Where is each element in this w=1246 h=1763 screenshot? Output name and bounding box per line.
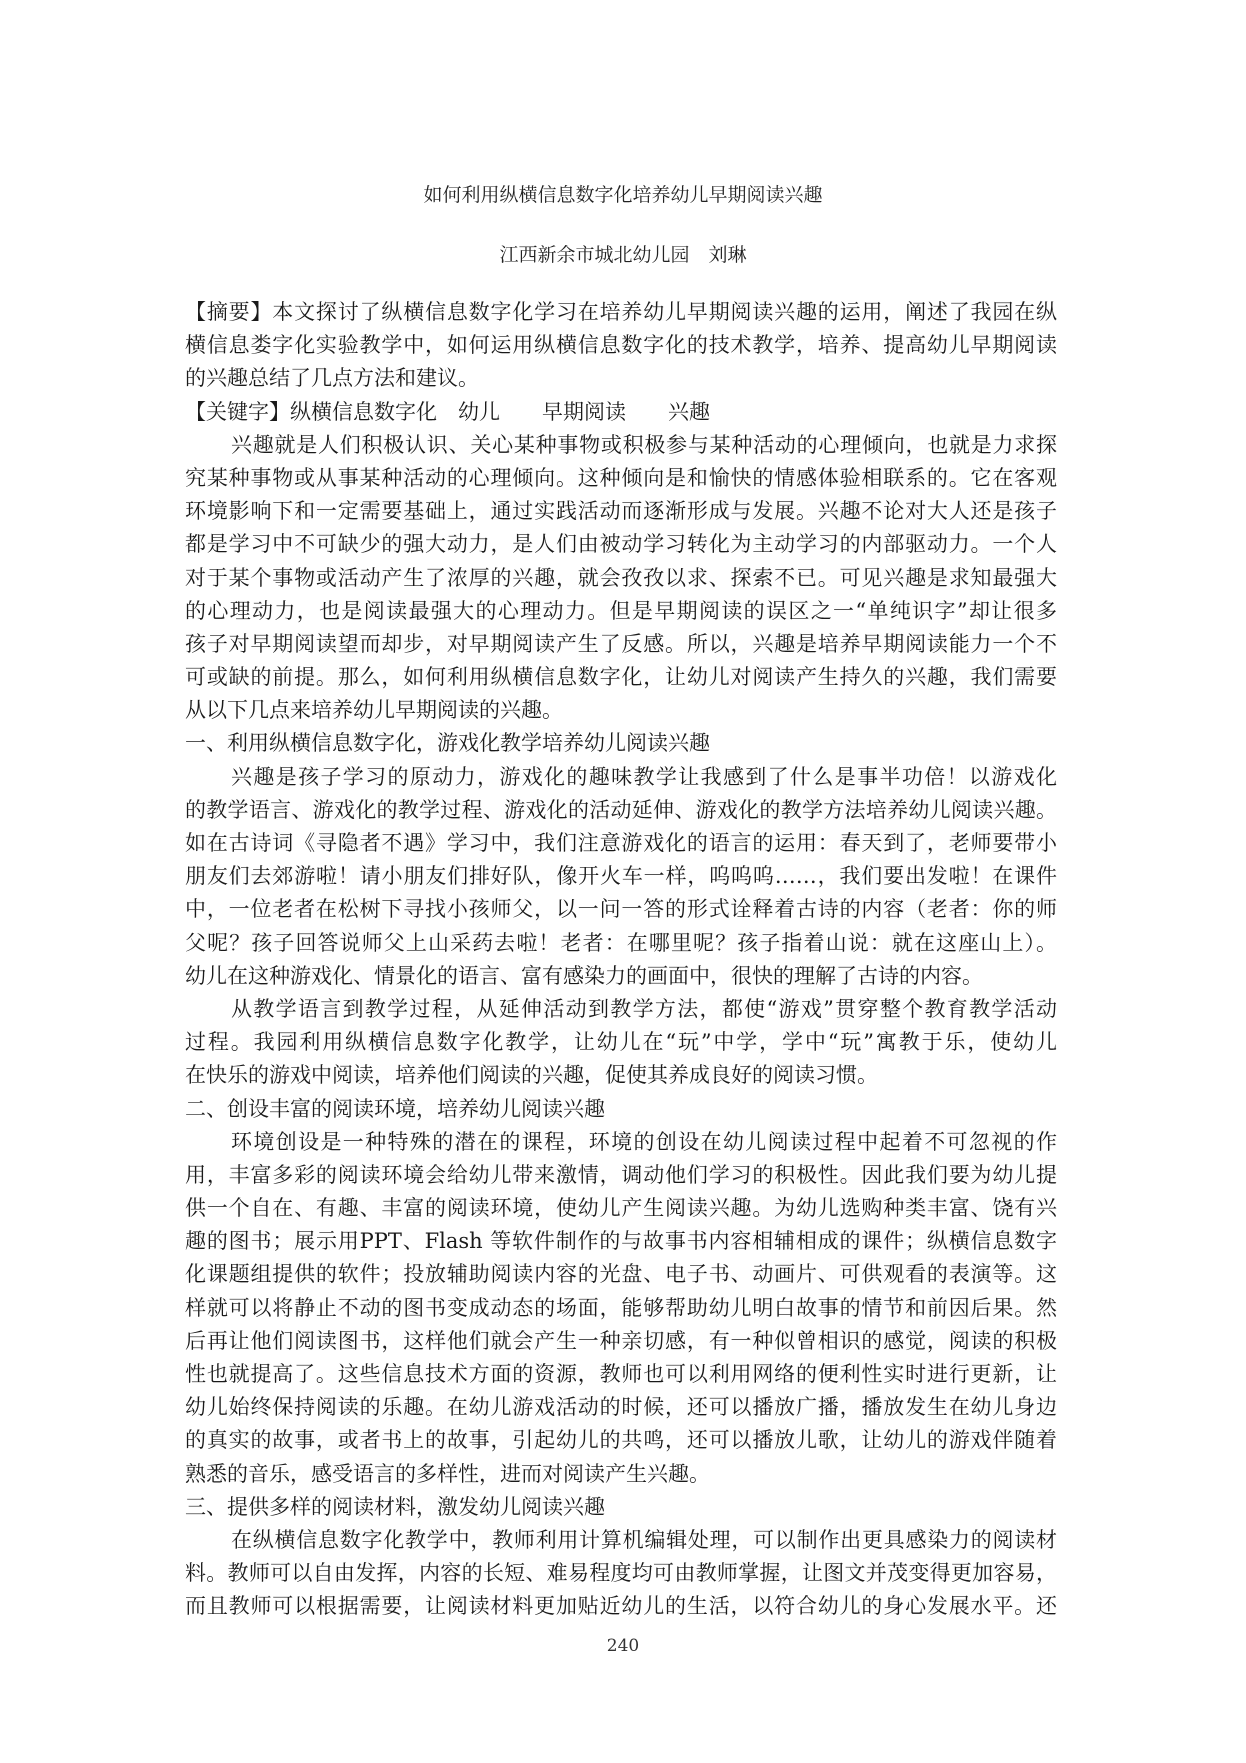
section-heading-2: 二、创设丰富的阅读环境，培养幼儿阅读兴趣 xyxy=(185,1093,1057,1126)
paragraph-line: 幼儿始终保持阅读的乐趣。在幼儿游戏活动的时候，还可以播放广播，播放发生在幼儿身边 xyxy=(185,1391,1057,1424)
paragraph-line: 的真实的故事，或者书上的故事，引起幼儿的共鸣，还可以播放儿歌，让幼儿的游戏伴随着 xyxy=(185,1424,1057,1457)
paragraph-line: 在快乐的游戏中阅读，培养他们阅读的兴趣，促使其养成良好的阅读习惯。 xyxy=(185,1059,1057,1092)
paragraph-line: 的心理动力，也是阅读最强大的心理动力。但是早期阅读的误区之一“单纯识字”却让很多 xyxy=(185,595,1057,628)
abstract-line: 【摘要】本文探讨了纵横信息数字化学习在培养幼儿早期阅读兴趣的运用，阐述了我园在纵 xyxy=(185,296,1057,329)
paragraph-line: 后再让他们阅读图书，这样他们就会产生一种亲切感，有一种似曾相识的感觉，阅读的积极 xyxy=(185,1325,1057,1358)
paragraph-line: 而且教师可以根据需要，让阅读材料更加贴近幼儿的生活，以符合幼儿的身心发展水平。还 xyxy=(185,1590,1057,1623)
section-heading-3: 三、提供多样的阅读材料，激发幼儿阅读兴趣 xyxy=(185,1491,1057,1524)
paragraph-line: 样就可以将静止不动的图书变成动态的场面，能够帮助幼儿明白故事的情节和前因后果。然 xyxy=(185,1292,1057,1325)
paragraph-line: 从以下几点来培养幼儿早期阅读的兴趣。 xyxy=(185,694,1057,727)
paragraph-line: 对于某个事物或活动产生了浓厚的兴趣，就会孜孜以求、探索不已。可见兴趣是求知最强大 xyxy=(185,562,1057,595)
article-body: 【摘要】本文探讨了纵横信息数字化学习在培养幼儿早期阅读兴趣的运用，阐述了我园在纵… xyxy=(185,296,1057,1624)
keywords: 【关键字】纵横信息数字化 幼儿 早期阅读 兴趣 xyxy=(185,396,1057,429)
paragraph-line: 孩子对早期阅读望而却步，对早期阅读产生了反感。所以，兴趣是培养早期阅读能力一个不 xyxy=(185,628,1057,661)
abstract-line: 的兴趣总结了几点方法和建议。 xyxy=(185,362,1057,395)
paragraph-line: 过程。我园利用纵横信息数字化教学，让幼儿在“玩”中学，学中“玩”寓教于乐，使幼儿 xyxy=(185,1026,1057,1059)
paragraph-line: 朋友们去郊游啦！请小朋友们排好队，像开火车一样，呜呜呜……，我们要出发啦！在课件 xyxy=(185,860,1057,893)
paragraph-line: 可或缺的前提。那么，如何利用纵横信息数字化，让幼儿对阅读产生持久的兴趣，我们需要 xyxy=(185,661,1057,694)
paragraph-line: 如在古诗词《寻隐者不遇》学习中，我们注意游戏化的语言的运用：春天到了，老师要带小 xyxy=(185,827,1057,860)
article-title: 如何利用纵横信息数字化培养幼儿早期阅读兴趣 xyxy=(0,180,1246,207)
paragraph-line: 父呢？孩子回答说师父上山采药去啦！老者：在哪里呢？孩子指着山说：就在这座山上）。 xyxy=(185,927,1057,960)
section-heading-1: 一、利用纵横信息数字化，游戏化教学培养幼儿阅读兴趣 xyxy=(185,727,1057,760)
paragraph-line: 料。教师可以自由发挥，内容的长短、难易程度均可由教师掌握，让图文并茂变得更加容易… xyxy=(185,1557,1057,1590)
document-page: 如何利用纵横信息数字化培养幼儿早期阅读兴趣 江西新余市城北幼儿园 刘琳 【摘要】… xyxy=(0,0,1246,1763)
paragraph-line: 供一个自在、有趣、丰富的阅读环境，使幼儿产生阅读兴趣。为幼儿选购种类丰富、饶有兴 xyxy=(185,1192,1057,1225)
paragraph-line: 的教学语言、游戏化的教学过程、游戏化的活动延伸、游戏化的教学方法培养幼儿阅读兴趣… xyxy=(185,794,1057,827)
paragraph-line: 环境创设是一种特殊的潜在的课程，环境的创设在幼儿阅读过程中起着不可忽视的作 xyxy=(185,1126,1057,1159)
paragraph-line: 趣的图书；展示用PPT、Flash 等软件制作的与故事书内容相辅相成的课件；纵横… xyxy=(185,1225,1057,1258)
paragraph-line: 中，一位老者在松树下寻找小孩师父，以一问一答的形式诠释着古诗的内容（老者：你的师 xyxy=(185,893,1057,926)
page-number: 240 xyxy=(0,1636,1246,1656)
paragraph-line: 在纵横信息数字化教学中，教师利用计算机编辑处理，可以制作出更具感染力的阅读材 xyxy=(185,1524,1057,1557)
article-author: 江西新余市城北幼儿园 刘琳 xyxy=(0,240,1246,267)
paragraph-line: 性也就提高了。这些信息技术方面的资源，教师也可以利用网络的便利性实时进行更新，让 xyxy=(185,1358,1057,1391)
abstract-line: 横信息娄字化实验教学中，如何运用纵横信息数字化的技术教学，培养、提高幼儿早期阅读 xyxy=(185,329,1057,362)
paragraph-line: 用，丰富多彩的阅读环境会给幼儿带来激情，调动他们学习的积极性。因此我们要为幼儿提 xyxy=(185,1159,1057,1192)
paragraph-line: 都是学习中不可缺少的强大动力，是人们由被动学习转化为主动学习的内部驱动力。一个人 xyxy=(185,528,1057,561)
paragraph-line: 环境影响下和一定需要基础上，通过实践活动而逐渐形成与发展。兴趣不论对大人还是孩子 xyxy=(185,495,1057,528)
paragraph-line: 兴趣是孩子学习的原动力，游戏化的趣味教学让我感到了什么是事半功倍！以游戏化 xyxy=(185,761,1057,794)
paragraph-line: 从教学语言到教学过程，从延伸活动到教学方法，都使“游戏”贯穿整个教育教学活动 xyxy=(185,993,1057,1026)
paragraph-line: 化课题组提供的软件；投放辅助阅读内容的光盘、电子书、动画片、可供观看的表演等。这 xyxy=(185,1258,1057,1291)
paragraph-line: 熟悉的音乐，感受语言的多样性，进而对阅读产生兴趣。 xyxy=(185,1458,1057,1491)
paragraph-line: 幼儿在这种游戏化、情景化的语言、富有感染力的画面中，很快的理解了古诗的内容。 xyxy=(185,960,1057,993)
paragraph-line: 兴趣就是人们积极认识、关心某种事物或积极参与某种活动的心理倾向，也就是力求探 xyxy=(185,429,1057,462)
paragraph-line: 究某种事物或从事某种活动的心理倾向。这种倾向是和愉快的情感体验相联系的。它在客观 xyxy=(185,462,1057,495)
